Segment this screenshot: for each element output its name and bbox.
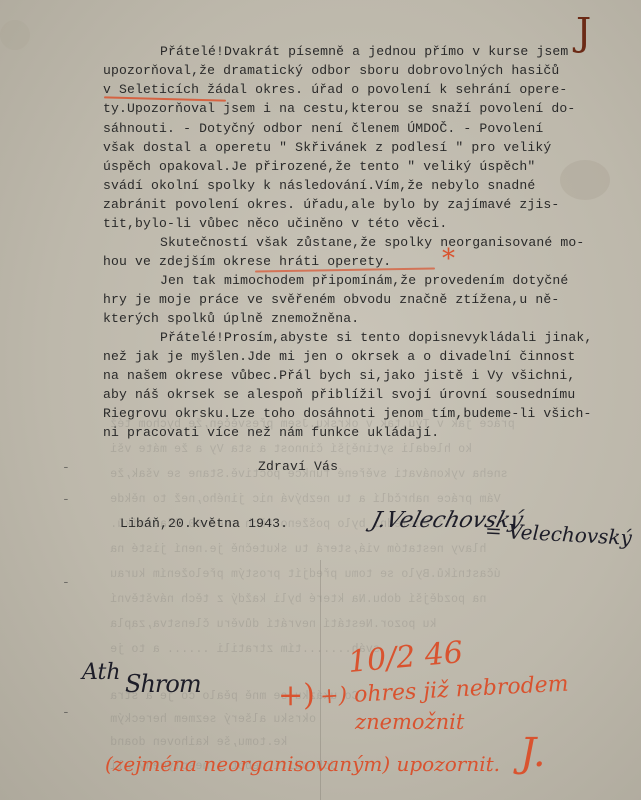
place-date: Libáň,20.května 1943. bbox=[120, 517, 288, 530]
letter-line: aby náš okrsek se alespoň přiblížil svoj… bbox=[103, 388, 575, 401]
margin-mark: - bbox=[62, 575, 70, 590]
red-marker: +) bbox=[278, 678, 315, 713]
letter-line: sáhnouti. - Dotyčný odbor není členem ÚM… bbox=[103, 122, 543, 135]
paper-stain bbox=[0, 20, 30, 50]
ink-scrawl: Shrom bbox=[125, 670, 201, 698]
letter-line: hou ve zdejším okrese hráti operety. bbox=[103, 255, 391, 268]
letter-line: Riegrovu okrsku.Lze toho dosáhnoti jenom… bbox=[103, 407, 591, 420]
red-asterisk: * bbox=[442, 244, 455, 274]
letter-line: Přátelé!Prosím,abyste si tento dopisnevy… bbox=[160, 331, 592, 344]
letter-line: na našem okrese vůbec.Přál bych si,jako … bbox=[103, 369, 575, 382]
letter-line: než jak je myšlen.Jde mi jen o okrsek a … bbox=[103, 350, 575, 363]
letter-line: úspěch opakoval.Je přirozené,že tento " … bbox=[103, 160, 535, 173]
letter-paper: práce jak v Týu,tak v okrsku.Jsem přesvě… bbox=[0, 0, 641, 800]
red-date-note: 10/2 46 bbox=[347, 635, 465, 680]
letter-line: ni pracovati více než nám funkce ukládaj… bbox=[103, 426, 439, 439]
letter-line: ty.Upozorňoval jsem i na cestu,kterou se… bbox=[103, 102, 575, 115]
letter-line: kterých spolků úplně znemožněna. bbox=[103, 312, 359, 325]
margin-mark: - bbox=[62, 460, 70, 475]
letter-line: hry je moje práce ve svěřeném obvodu zna… bbox=[103, 293, 559, 306]
letter-line: v Seleticích žádal okres. úřad o povolen… bbox=[103, 83, 567, 96]
signature-name: = Velechovský bbox=[484, 518, 632, 550]
letter-line: tit,bylo-li vůbec něco učiněno v této vě… bbox=[103, 217, 447, 230]
closing: Zdraví Vás bbox=[258, 460, 338, 473]
margin-mark: - bbox=[62, 492, 70, 507]
paper-stain bbox=[560, 160, 610, 200]
red-note-line2: znemožnit bbox=[355, 710, 464, 734]
letter-line: upozorňoval,že dramatický odbor sboru do… bbox=[103, 64, 559, 77]
letter-line: Přátelé!Dvakrát písemně a jednou přímo v… bbox=[160, 45, 568, 58]
signature-text: Velechovský bbox=[508, 519, 633, 549]
letter-line: Skutečností však zůstane,že spolky neorg… bbox=[160, 236, 584, 249]
letter-line: však dostal a operetu " Skřivánek z podl… bbox=[103, 141, 551, 154]
letter-line: zabránit povolení okres. úřadu,ale bylo … bbox=[103, 198, 559, 211]
ink-initials: Ath bbox=[82, 660, 121, 685]
red-note-line3: (zejména neorganisovaným) upozornit. bbox=[105, 752, 500, 776]
brown-ink-mark: J bbox=[576, 10, 591, 54]
margin-mark: - bbox=[62, 705, 70, 720]
red-initials: J. bbox=[520, 730, 546, 776]
letter-line: svádí okolní spolky k následování.Vím,že… bbox=[103, 179, 535, 192]
letter-line: Jen tak mimochodem připomínám,že provede… bbox=[160, 274, 568, 287]
